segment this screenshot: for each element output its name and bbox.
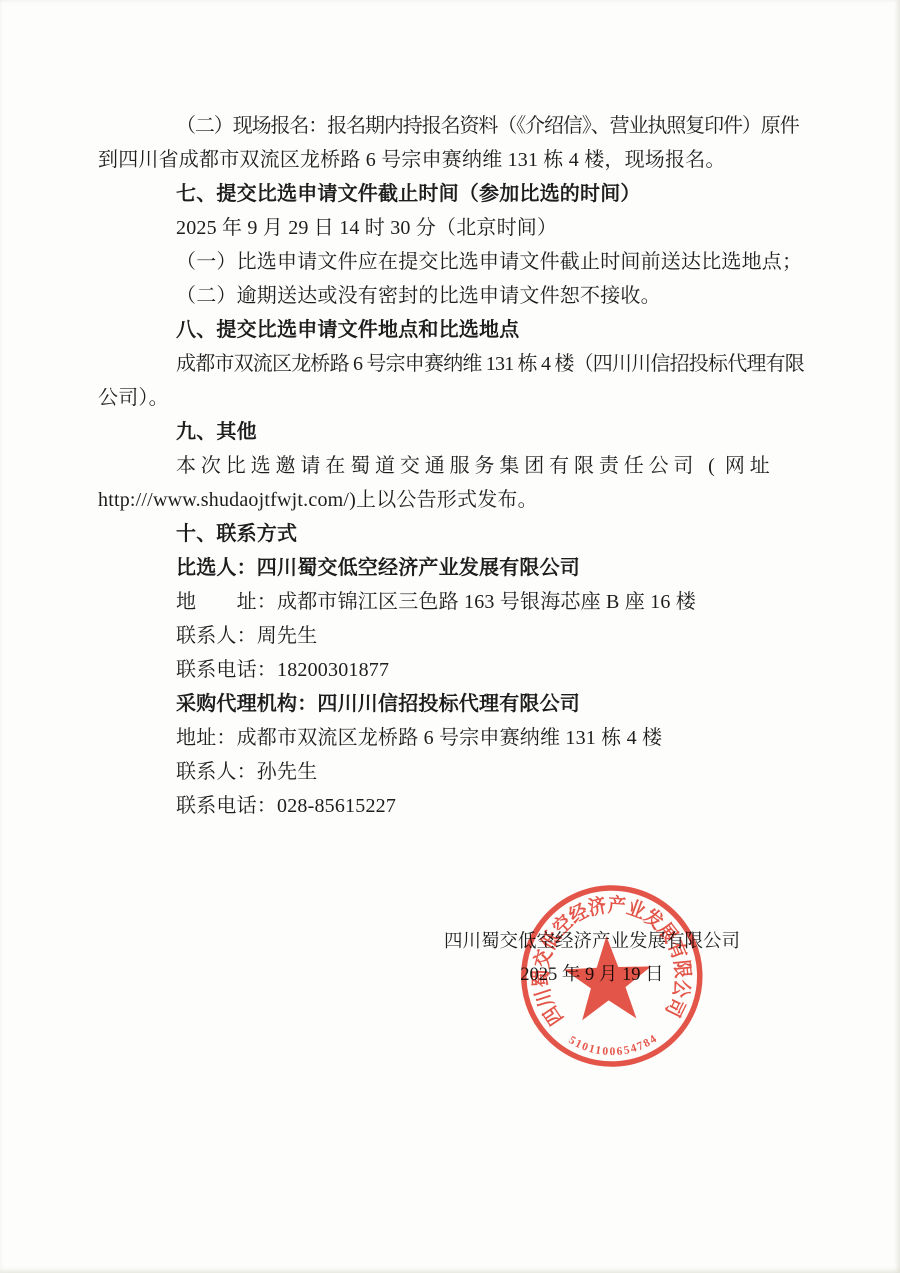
line-clause-rejection: （二）逾期送达或没有密封的比选申请文件恕不接收。: [98, 279, 822, 313]
line-selector-phone: 联系电话：18200301877: [98, 653, 822, 687]
line-announcement-1: 本次比选邀请在蜀道交通服务集团有限责任公司 ( 网址: [98, 449, 770, 483]
heading-section-10: 十、联系方式: [98, 517, 822, 551]
line-selector-address: 地 址：成都市锦江区三色路 163 号银海芯座 B 座 16 楼: [98, 585, 822, 619]
document-body: （二）现场报名：报名期内持报名资料（《介绍信》、营业执照复印件）原件 到四川省成…: [98, 109, 822, 823]
line-submission-address-2: 公司）。: [98, 381, 822, 415]
heading-section-9: 九、其他: [98, 415, 822, 449]
line-clause-delivery: （一）比选申请文件应在提交比选申请文件截止时间前送达比选地点；: [98, 245, 822, 279]
company-seal: 四川蜀交低空经济产业发展有限公司 5101100654784: [498, 868, 726, 1096]
line-submission-address-1: 成都市双流区龙桥路 6 号宗申赛纳维 131 栋 4 楼（四川川信招投标代理有限: [98, 347, 822, 381]
heading-section-7: 七、提交比选申请文件截止时间（参加比选的时间）: [98, 177, 822, 211]
document-page: （二）现场报名：报名期内持报名资料（《介绍信》、营业执照复印件）原件 到四川省成…: [0, 0, 900, 1273]
line-selector-contact: 联系人：周先生: [98, 619, 822, 653]
line-agency-company: 采购代理机构：四川川信招投标代理有限公司: [98, 687, 822, 721]
line-agency-contact: 联系人：孙先生: [98, 755, 822, 789]
heading-section-8: 八、提交比选申请文件地点和比选地点: [98, 313, 822, 347]
seal-star-icon: [563, 935, 653, 1021]
line-selector-company: 比选人：四川蜀交低空经济产业发展有限公司: [98, 551, 822, 585]
line-onsite-registration: （二）现场报名：报名期内持报名资料（《介绍信》、营业执照复印件）原件: [98, 109, 822, 143]
line-agency-address: 地址：成都市双流区龙桥路 6 号宗申赛纳维 131 栋 4 楼: [98, 721, 822, 755]
line-agency-phone: 联系电话：028-85615227: [98, 789, 822, 823]
line-registration-address: 到四川省成都市双流区龙桥路 6 号宗申赛纳维 131 栋 4 楼，现场报名。: [98, 143, 822, 177]
line-announcement-url: http:///www.shudaojtfwjt.com/)上以公告形式发布。: [98, 483, 822, 517]
line-deadline-datetime: 2025 年 9 月 29 日 14 时 30 分（北京时间）: [98, 211, 822, 245]
